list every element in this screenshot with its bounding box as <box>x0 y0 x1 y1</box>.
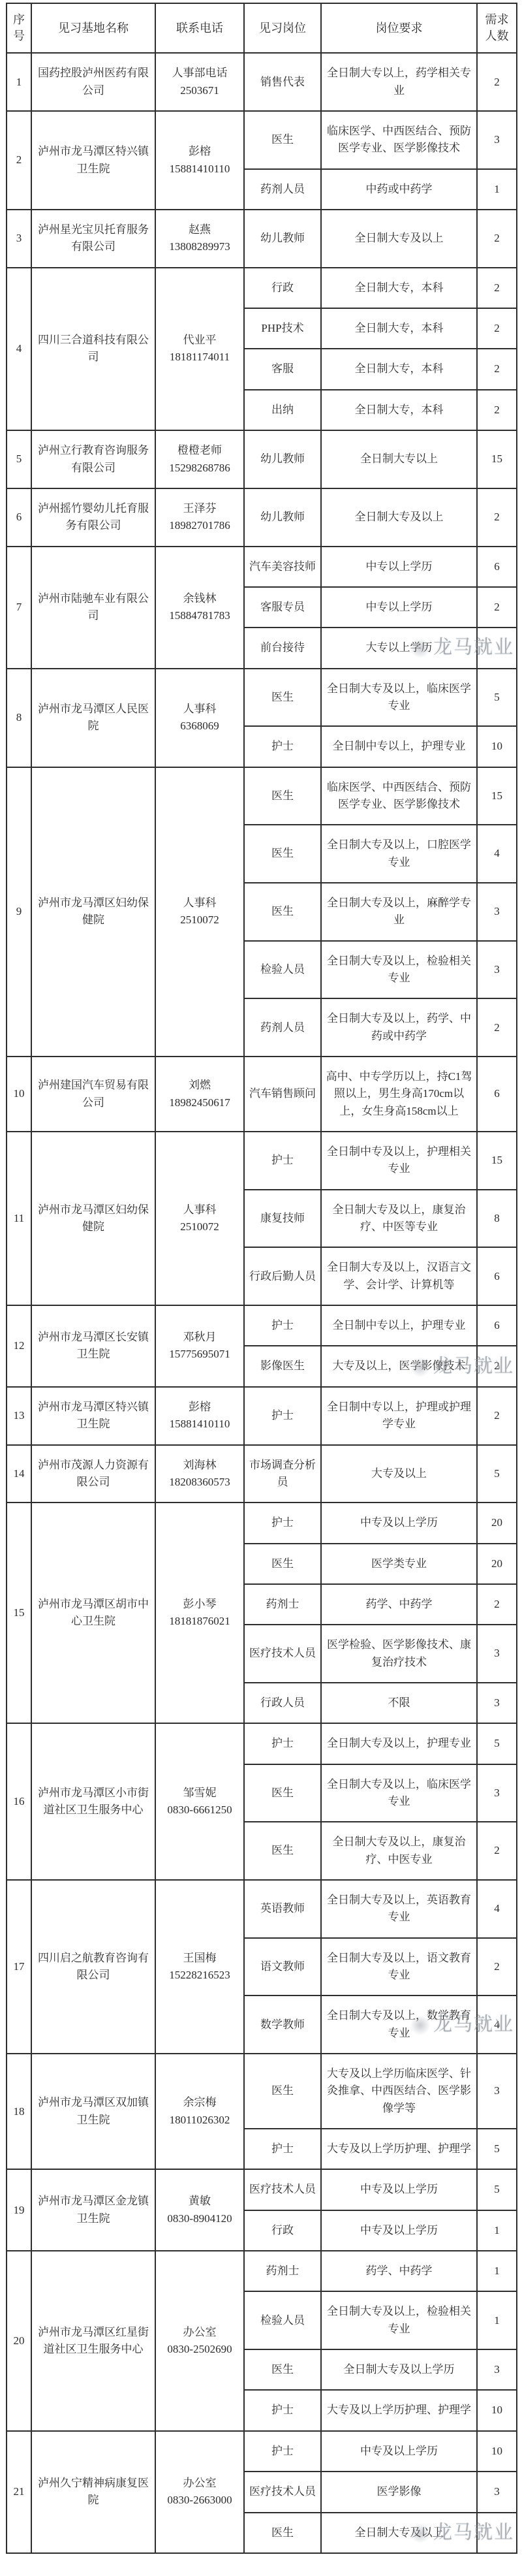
headcount: 5 <box>477 2169 517 2210</box>
contact-phone: 18011026302 <box>160 2112 239 2129</box>
headcount: 6 <box>477 547 517 587</box>
position-requirement-text: 全日制大专及以上，临床医学专业 <box>327 682 471 712</box>
headcount: 5 <box>477 2129 517 2169</box>
position-requirement-text: 全日制大专及以上 <box>355 232 444 244</box>
position-requirement: 全日制大专，本科 <box>321 268 477 308</box>
contact-cell: 余宗梅18011026302 <box>155 2054 244 2169</box>
table-row: 17四川启之航教育咨询有限公司王国梅15228216523英语教师全日制大专及以… <box>7 1880 517 1938</box>
headcount: 3 <box>477 1625 517 1683</box>
position-requirement-text: 全日制大专及以上，麻醉学专业 <box>327 897 471 926</box>
headcount: 1 <box>477 2251 517 2291</box>
position-requirement-text: 全日制大专及以上，英语教育专业 <box>327 1894 471 1923</box>
position-title: 医生 <box>244 1764 321 1822</box>
contact-name: 人事科 <box>160 701 239 718</box>
contact-phone: 18982701786 <box>160 517 239 534</box>
contact-phone: 2503671 <box>160 82 239 99</box>
contact-name: 王泽芬 <box>160 500 239 517</box>
position-title: 语文教师 <box>244 1938 321 1996</box>
headcount: 2 <box>477 268 517 308</box>
position-requirement-text: 临床医学、中西医结合、预防医学专业、医学影像技术 <box>327 781 471 810</box>
internship-positions-table: 序号见习基地名称联系电话见习岗位岗位要求需求人数 1国药控股泸州医药有限公司人事… <box>6 3 517 2554</box>
contact-cell: 人事部电话2503671 <box>155 53 244 111</box>
headcount: 2 <box>477 349 517 389</box>
position-requirement-text: 全日制中专以上，护理或护理学专业 <box>327 1401 471 1430</box>
headcount: 10 <box>477 2390 517 2430</box>
headcount: 3 <box>477 1764 517 1822</box>
contact-cell: 橙橙老师15298268786 <box>155 430 244 488</box>
contact-cell: 彭榕15881410110 <box>155 1387 244 1445</box>
position-title: 护士 <box>244 2390 321 2430</box>
headcount: 1 <box>477 169 517 210</box>
base-name: 泸州市龙马潭区双加镇卫生院 <box>31 2054 155 2169</box>
headcount: 2 <box>477 53 517 111</box>
headcount: 3 <box>477 1683 517 1723</box>
position-title: 药剂士 <box>244 1584 321 1625</box>
headcount: 5 <box>477 669 517 727</box>
headcount: 10 <box>477 726 517 767</box>
row-number: 6 <box>7 488 31 547</box>
contact-name: 刘海林 <box>160 1457 239 1474</box>
position-title: 药剂士 <box>244 2251 321 2291</box>
position-requirement: 全日制大专及以上，检验相关专业 <box>321 2291 477 2349</box>
contact-cell: 赵燕13808289973 <box>155 210 244 268</box>
base-name: 泸州市龙马潭区红星街道社区卫生服务中心 <box>31 2251 155 2431</box>
position-requirement: 医学类专业 <box>321 1544 477 1584</box>
headcount: 4 <box>477 1880 517 1938</box>
position-requirement-text: 全日制大专及以上，汉语言文学、会计学、计算机等 <box>327 1261 471 1290</box>
headcount <box>477 628 517 668</box>
row-number: 1 <box>7 53 31 111</box>
headcount: 6 <box>477 1247 517 1305</box>
row-number: 15 <box>7 1503 31 1723</box>
position-requirement: 全日制大专及以上，英语教育专业 <box>321 1880 477 1938</box>
position-requirement-text: 全日制中专及以上，护理相关专业 <box>327 1145 471 1175</box>
row-number: 10 <box>7 1057 31 1132</box>
position-requirement: 中专及以上学历 <box>321 2169 477 2210</box>
table-row: 13泸州市龙马潭区特兴镇卫生院彭榕15881410110护士全日制中专以上，护理… <box>7 1387 517 1445</box>
position-requirement: 全日制大专及以上，语文教育专业 <box>321 1938 477 1996</box>
contact-name: 邹雪妮 <box>160 1785 239 1802</box>
contact-phone: 13808289973 <box>160 238 239 255</box>
table-row: 4四川三合道科技有限公司代业平18181174011行政全日制大专，本科2 <box>7 268 517 308</box>
headcount: 3 <box>477 2054 517 2129</box>
headcount: 1 <box>477 2210 517 2251</box>
contact-cell: 彭小琴18181876021 <box>155 1503 244 1723</box>
contact-name: 王国梅 <box>160 1950 239 1967</box>
contact-phone: 15881410110 <box>160 161 239 178</box>
column-header: 见习基地名称 <box>31 3 155 53</box>
row-number: 19 <box>7 2169 31 2251</box>
position-requirement: 医学检验、医学影像技术、康复治疗技术 <box>321 1625 477 1683</box>
headcount: 2 <box>477 210 517 268</box>
position-title: 医生 <box>244 111 321 169</box>
column-header: 序号 <box>7 3 31 53</box>
position-requirement: 大专及以上学历临床医学、针灸推拿、中西医结合、医学影像学等 <box>321 2054 477 2129</box>
base-name: 泸州摇竹婴幼儿托育服务有限公司 <box>31 488 155 547</box>
position-requirement: 大专以上学历龙马就业 <box>321 628 477 668</box>
contact-cell: 王泽芬18982701786 <box>155 488 244 547</box>
position-title: 市场调查分析员 <box>244 1445 321 1503</box>
position-requirement: 高中、中专学历以上，持C1驾照以上，男生身高170cm以上，女生身高158cm以… <box>321 1057 477 1132</box>
position-title: 医生 <box>244 2054 321 2129</box>
base-name: 泸州立行教育咨询服务有限公司 <box>31 430 155 488</box>
table-row: 2泸州市龙马潭区特兴镇卫生院彭榕15881410110医生临床医学、中西医结合、… <box>7 111 517 169</box>
position-title: 医疗技术人员 <box>244 1625 321 1683</box>
position-requirement: 全日制中专及以上，护理相关专业 <box>321 1132 477 1190</box>
position-requirement: 全日制大专及以上，麻醉学专业 <box>321 883 477 941</box>
position-title: 汽车美容技师 <box>244 547 321 587</box>
contact-phone: 18208360573 <box>160 1474 239 1491</box>
row-number: 8 <box>7 669 31 767</box>
table-row: 14泸州市茂源人力资源有限公司刘海林18208360573市场调查分析员大专及以… <box>7 1445 517 1503</box>
base-name: 泸州市龙马潭区特兴镇卫生院 <box>31 111 155 210</box>
position-requirement-text: 医学检验、医学影像技术、康复治疗技术 <box>327 1638 471 1668</box>
position-requirement: 临床医学、中西医结合、预防医学专业、医学影像技术 <box>321 767 477 825</box>
position-title: 医生 <box>244 883 321 941</box>
table-row: 16泸州市龙马潭区小市街道社区卫生服务中心邹雪妮0830-6661250护士全日… <box>7 1723 517 1764</box>
position-title: 护士 <box>244 726 321 767</box>
contact-cell: 人事科2510072 <box>155 1132 244 1305</box>
contact-cell: 人事科6368069 <box>155 669 244 767</box>
position-requirement: 全日制大专及以上，康复治疗、中医专业 <box>321 1822 477 1880</box>
contact-name: 人事部电话 <box>160 65 239 82</box>
position-requirement: 全日制大专以上 <box>321 430 477 488</box>
position-title: 医疗技术人员 <box>244 2169 321 2210</box>
contact-phone: 0830-2663000 <box>160 2492 239 2509</box>
table-row: 10泸州建国汽车贸易有限公司刘燃18982450617汽车销售顾问高中、中专学历… <box>7 1057 517 1132</box>
position-title: 行政后勤人员 <box>244 1247 321 1305</box>
position-requirement-text: 全日制中专以上，护理专业 <box>333 740 466 752</box>
position-title: 医生 <box>244 825 321 883</box>
position-requirement: 全日制大专及以上，汉语言文学、会计学、计算机等 <box>321 1247 477 1305</box>
position-requirement: 中专及以上学历 <box>321 1503 477 1543</box>
position-requirement-text: 中专及以上学历 <box>360 2445 438 2457</box>
headcount: 5 <box>477 1445 517 1503</box>
position-title: 医生 <box>244 2513 321 2553</box>
contact-cell: 黄敏0830-8904120 <box>155 2169 244 2251</box>
contact-cell: 邹雪妮0830-6661250 <box>155 1723 244 1880</box>
position-title: 销售代表 <box>244 53 321 111</box>
position-requirement: 中专以上学历 <box>321 587 477 628</box>
table-row: 11泸州市龙马潭区妇幼保健院人事科2510072护士全日制中专及以上，护理相关专… <box>7 1132 517 1190</box>
row-number: 9 <box>7 767 31 1057</box>
position-title: 前台接待 <box>244 628 321 668</box>
position-title: 客服 <box>244 349 321 389</box>
position-requirement: 全日制大专以上，药学相关专业 <box>321 53 477 111</box>
headcount: 2 <box>477 488 517 547</box>
position-requirement-text: 全日制大专及以上，检验相关专业 <box>327 955 471 984</box>
page: { "table": { "watermark": "龙马就业", "heade… <box>0 0 522 2576</box>
table-row: 3泸州星光宝贝托育服务有限公司赵燕13808289973幼儿教师全日制大专及以上… <box>7 210 517 268</box>
table-row: 12泸州市龙马潭区长安镇卫生院邓秋月15775695071护士全日制中专以上，护… <box>7 1305 517 1346</box>
headcount: 2 <box>477 1584 517 1625</box>
position-requirement: 大专及以上学历护理、护理学 <box>321 2390 477 2430</box>
base-name: 泸州市龙马潭区长安镇卫生院 <box>31 1305 155 1387</box>
row-number: 11 <box>7 1132 31 1305</box>
table-container: 序号见习基地名称联系电话见习岗位岗位要求需求人数 1国药控股泸州医药有限公司人事… <box>0 0 522 2556</box>
position-title: 幼儿教师 <box>244 210 321 268</box>
headcount: 3 <box>477 941 517 999</box>
contact-name: 代业平 <box>160 332 239 349</box>
base-name: 泸州市陆驰车业有限公司 <box>31 547 155 669</box>
contact-name: 刘燃 <box>160 1077 239 1094</box>
contact-name: 余钱林 <box>160 590 239 607</box>
position-requirement: 全日制大专及以上，口腔医学专业 <box>321 825 477 883</box>
position-requirement-text: 全日制大专，本科 <box>355 281 444 294</box>
position-title: 医生 <box>244 767 321 825</box>
row-number: 12 <box>7 1305 31 1387</box>
contact-cell: 代业平18181174011 <box>155 268 244 430</box>
headcount: 8 <box>477 1190 517 1248</box>
contact-name: 余宗梅 <box>160 2094 239 2111</box>
contact-phone: 15884781783 <box>160 607 239 624</box>
contact-phone: 18982450617 <box>160 1094 239 1111</box>
position-requirement: 中专以上学历 <box>321 547 477 587</box>
column-header: 岗位要求 <box>321 3 477 53</box>
base-name: 泸州市龙马潭区妇幼保健院 <box>31 1132 155 1305</box>
position-requirement-text: 不限 <box>388 1696 410 1709</box>
table-row: 21泸州久宁精神病康复医院办公室0830-2663000护士中专及以上学历10 <box>7 2431 517 2472</box>
position-requirement-text: 医学类专业 <box>371 1557 427 1570</box>
contact-cell: 王国梅15228216523 <box>155 1880 244 2054</box>
headcount: 20 <box>477 1544 517 1584</box>
contact-name: 办公室 <box>160 2324 239 2341</box>
table-row: 19泸州市龙马潭区金龙镇卫生院黄敏0830-8904120医疗技术人员中专及以上… <box>7 2169 517 2210</box>
position-title: PHP技术 <box>244 308 321 349</box>
row-number: 21 <box>7 2431 31 2553</box>
position-title: 幼儿教师 <box>244 430 321 488</box>
contact-phone: 15881410110 <box>160 1416 239 1433</box>
row-number: 4 <box>7 268 31 430</box>
position-title: 行政 <box>244 268 321 308</box>
position-requirement: 全日制大专，本科 <box>321 349 477 389</box>
position-requirement-text: 全日制大专及以上，护理专业 <box>327 1737 471 1749</box>
position-requirement: 全日制大专及以上 <box>321 210 477 268</box>
contact-phone: 18181876021 <box>160 1613 239 1630</box>
headcount: 15 <box>477 430 517 488</box>
position-requirement-text: 全日制大专以上，药学相关专业 <box>327 67 471 96</box>
position-requirement: 全日制大专，本科 <box>321 308 477 349</box>
contact-phone: 15775695071 <box>160 1346 239 1363</box>
contact-name: 人事科 <box>160 1201 239 1218</box>
row-number: 14 <box>7 1445 31 1503</box>
position-title: 护士 <box>244 2129 321 2169</box>
position-requirement: 全日制大专及以上，护理专业 <box>321 1723 477 1764</box>
position-requirement: 全日制大专及以上，检验相关专业 <box>321 941 477 999</box>
position-title: 护士 <box>244 2431 321 2472</box>
contact-phone: 0830-6661250 <box>160 1802 239 1819</box>
position-requirement: 大专及以上 <box>321 1445 477 1503</box>
contact-phone: 15228216523 <box>160 1967 239 1984</box>
position-requirement: 全日制中专以上，护理专业 <box>321 1305 477 1346</box>
base-name: 泸州市茂源人力资源有限公司 <box>31 1445 155 1503</box>
contact-phone: 0830-8904120 <box>160 2210 239 2227</box>
position-title: 行政 <box>244 2210 321 2251</box>
headcount: 3 <box>477 111 517 169</box>
headcount: 3 <box>477 883 517 941</box>
base-name: 泸州建国汽车贸易有限公司 <box>31 1057 155 1132</box>
table-row: 20泸州市龙马潭区红星街道社区卫生服务中心办公室0830-2502690药剂士药… <box>7 2251 517 2291</box>
position-requirement-text: 全日制大专，本科 <box>355 362 444 375</box>
contact-cell: 办公室0830-2663000 <box>155 2431 244 2553</box>
headcount: 2 <box>477 308 517 349</box>
position-requirement-text: 全日制大专及以上，语文教育专业 <box>327 1952 471 1981</box>
position-requirement: 全日制大专及以上，康复治疗、中医等专业 <box>321 1190 477 1248</box>
position-requirement-text: 全日制大专及以上，口腔医学专业 <box>327 838 471 868</box>
position-requirement: 全日制大专及以上，临床医学专业 <box>321 669 477 727</box>
row-number: 2 <box>7 111 31 210</box>
position-title: 影像医生 <box>244 1346 321 1386</box>
position-title: 护士 <box>244 1387 321 1445</box>
table-row: 15泸州市龙马潭区胡市中心卫生院彭小琴18181876021护士中专及以上学历2… <box>7 1503 517 1543</box>
position-requirement-text: 大专及以上学历护理、护理学 <box>327 2142 471 2155</box>
headcount: 2 <box>477 587 517 628</box>
position-requirement-text: 大专及以上 <box>371 1467 427 1480</box>
position-requirement: 全日制中专以上，护理或护理学专业 <box>321 1387 477 1445</box>
position-requirement-text: 中药或中药学 <box>366 183 433 195</box>
position-requirement: 中药或中药学 <box>321 169 477 210</box>
position-requirement-text: 全日制大专及以上，康复治疗、中医专业 <box>333 1836 466 1865</box>
position-requirement-text: 全日制大专及以上 <box>355 2526 444 2539</box>
position-requirement: 全日制大专及以上，数学教育专业龙马就业 <box>321 1996 477 2054</box>
row-number: 16 <box>7 1723 31 1880</box>
headcount: 15 <box>477 767 517 825</box>
position-title: 药剂人员 <box>244 998 321 1057</box>
headcount <box>477 2513 517 2553</box>
position-title: 医生 <box>244 2349 321 2390</box>
base-name: 泸州市龙马潭区胡市中心卫生院 <box>31 1503 155 1723</box>
position-requirement-text: 中专及以上学历 <box>360 2224 438 2236</box>
column-header: 联系电话 <box>155 3 244 53</box>
headcount: 4 <box>477 825 517 883</box>
headcount: 5 <box>477 1723 517 1764</box>
position-requirement: 中专及以上学历 <box>321 2431 477 2472</box>
position-requirement: 全日制大专及以上，药学、中药或中药学 <box>321 998 477 1057</box>
column-header: 见习岗位 <box>244 3 321 53</box>
contact-name: 赵燕 <box>160 221 239 238</box>
position-title: 客服专员 <box>244 587 321 628</box>
position-requirement-text: 全日制大专及以上，临床医学专业 <box>327 1778 471 1807</box>
base-name: 泸州市龙马潭区金龙镇卫生院 <box>31 2169 155 2251</box>
headcount: 20 <box>477 1503 517 1543</box>
position-requirement-text: 大专及以上学历护理、护理学 <box>327 2404 471 2416</box>
table-row: 9泸州市龙马潭区妇幼保健院人事科2510072医生临床医学、中西医结合、预防医学… <box>7 767 517 825</box>
headcount: 2 <box>477 1822 517 1880</box>
contact-phone: 15298268786 <box>160 460 239 477</box>
position-requirement: 药学、中药学 <box>321 2251 477 2291</box>
position-title: 幼儿教师 <box>244 488 321 547</box>
position-requirement: 全日制大专及以上 <box>321 488 477 547</box>
table-row: 5泸州立行教育咨询服务有限公司橙橙老师15298268786幼儿教师全日制大专以… <box>7 430 517 488</box>
contact-phone: 2510072 <box>160 1218 239 1235</box>
headcount: 10 <box>477 2431 517 2472</box>
position-requirement-text: 药学、中药学 <box>366 1598 433 1610</box>
position-title: 医疗技术人员 <box>244 2472 321 2512</box>
row-number: 18 <box>7 2054 31 2169</box>
row-number: 5 <box>7 430 31 488</box>
position-title: 护士 <box>244 1132 321 1190</box>
position-requirement-text: 医学影像 <box>377 2485 422 2498</box>
position-title: 医生 <box>244 669 321 727</box>
headcount: 4 <box>477 1996 517 2054</box>
position-title: 汽车销售顾问 <box>244 1057 321 1132</box>
base-name: 泸州久宁精神病康复医院 <box>31 2431 155 2553</box>
position-title: 英语教师 <box>244 1880 321 1938</box>
contact-name: 橙橙老师 <box>160 442 239 459</box>
contact-cell: 彭榕15881410110 <box>155 111 244 210</box>
contact-cell: 邓秋月15775695071 <box>155 1305 244 1387</box>
row-number: 7 <box>7 547 31 669</box>
contact-name: 邓秋月 <box>160 1329 239 1346</box>
headcount: 3 <box>477 2349 517 2390</box>
position-requirement: 大专及以上学历护理、护理学 <box>321 2129 477 2169</box>
position-requirement: 医学影像 <box>321 2472 477 2512</box>
position-title: 医生 <box>244 1822 321 1880</box>
position-title: 数学教师 <box>244 1996 321 2054</box>
table-row: 1国药控股泸州医药有限公司人事部电话2503671销售代表全日制大专以上，药学相… <box>7 53 517 111</box>
headcount: 2 <box>477 1346 517 1386</box>
position-requirement-text: 全日制大专及以上，药学、中药或中药学 <box>327 1012 471 1042</box>
position-requirement-text: 大专及以上学历临床医学、针灸推拿、中西医结合、医学影像学等 <box>327 2067 471 2114</box>
position-requirement-text: 全日制大专，本科 <box>355 404 444 416</box>
position-title: 药剂人员 <box>244 169 321 210</box>
position-requirement-text: 全日制大专及以上，康复治疗、中医等专业 <box>333 1203 466 1233</box>
position-requirement-text: 全日制大专及以上学历 <box>344 2363 455 2376</box>
position-requirement-text: 全日制大专及以上，数学教育专业 <box>327 2009 471 2039</box>
position-title: 医生 <box>244 1544 321 1584</box>
position-title: 康复技师 <box>244 1190 321 1248</box>
contact-cell: 余钱林15884781783 <box>155 547 244 669</box>
contact-phone: 0830-2502690 <box>160 2341 239 2358</box>
headcount: 2 <box>477 1938 517 1996</box>
position-requirement-text: 全日制大专以上 <box>360 453 438 465</box>
table-row: 7泸州市陆驰车业有限公司余钱林15884781783汽车美容技师中专以上学历6 <box>7 547 517 587</box>
position-title: 出纳 <box>244 390 321 430</box>
contact-cell: 刘海林18208360573 <box>155 1445 244 1503</box>
table-row: 6泸州摇竹婴幼儿托育服务有限公司王泽芬18982701786幼儿教师全日制大专及… <box>7 488 517 547</box>
position-requirement: 临床医学、中西医结合、预防医学专业、医学影像技术 <box>321 111 477 169</box>
headcount: 3 <box>477 2472 517 2512</box>
base-name: 国药控股泸州医药有限公司 <box>31 53 155 111</box>
contact-cell: 人事科2510072 <box>155 767 244 1057</box>
position-requirement-text: 临床医学、中西医结合、预防医学专业、医学影像技术 <box>327 125 471 154</box>
position-title: 检验人员 <box>244 2291 321 2349</box>
position-title: 护士 <box>244 1723 321 1764</box>
contact-phone: 18181174011 <box>160 349 239 366</box>
base-name: 四川三合道科技有限公司 <box>31 268 155 430</box>
row-number: 3 <box>7 210 31 268</box>
base-name: 泸州市龙马潭区妇幼保健院 <box>31 767 155 1057</box>
contact-cell: 刘燃18982450617 <box>155 1057 244 1132</box>
headcount: 1 <box>477 2291 517 2349</box>
column-header: 需求人数 <box>477 3 517 53</box>
base-name: 泸州市龙马潭区小市街道社区卫生服务中心 <box>31 1723 155 1880</box>
headcount: 6 <box>477 1057 517 1132</box>
contact-cell: 办公室0830-2502690 <box>155 2251 244 2431</box>
position-requirement: 全日制大专及以上龙马就业 <box>321 2513 477 2553</box>
contact-name: 彭榕 <box>160 1399 239 1416</box>
position-requirement: 全日制大专及以上学历 <box>321 2349 477 2390</box>
contact-phone: 2510072 <box>160 912 239 929</box>
position-title: 护士 <box>244 1503 321 1543</box>
position-requirement-text: 全日制大专，本科 <box>355 322 444 334</box>
headcount: 15 <box>477 1132 517 1190</box>
contact-name: 彭小琴 <box>160 1596 239 1613</box>
position-requirement: 大专及以上，医学影像技术龙马就业 <box>321 1346 477 1386</box>
position-requirement: 中专及以上学历 <box>321 2210 477 2251</box>
position-requirement: 全日制大专及以上，临床医学专业 <box>321 1764 477 1822</box>
position-requirement-text: 大专及以上，医学影像技术 <box>333 1360 466 1372</box>
